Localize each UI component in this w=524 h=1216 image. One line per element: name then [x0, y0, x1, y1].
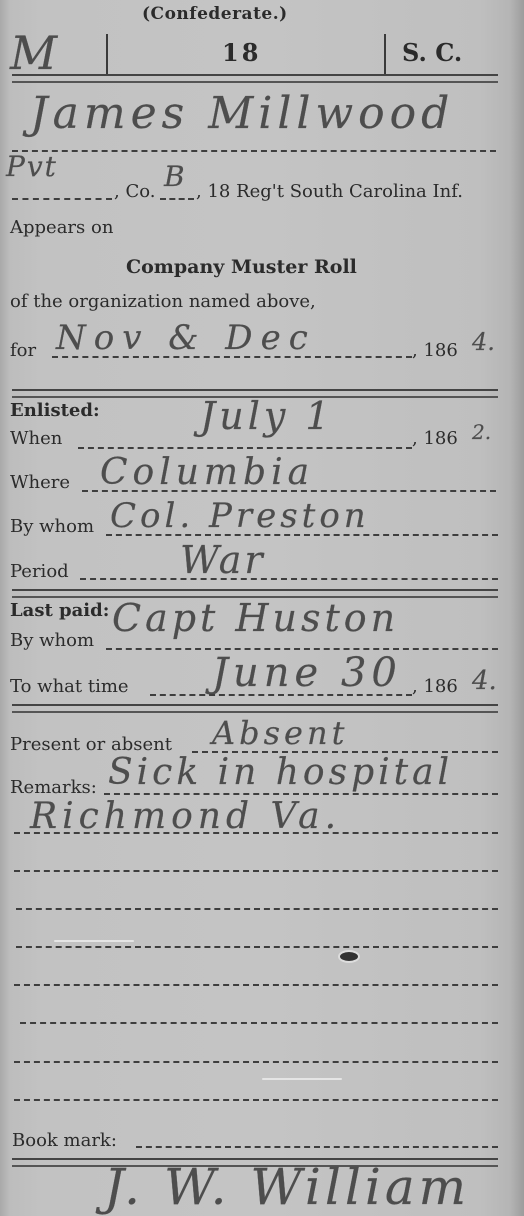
header-divider-left	[106, 34, 108, 74]
period-year-suffix: 4.	[472, 328, 495, 356]
soldier-name: James Millwood	[30, 88, 454, 139]
enlisted-year-prefix: , 186	[412, 428, 458, 449]
blank-line-3	[16, 946, 498, 948]
header-rule	[12, 74, 498, 83]
to-what-time-line	[150, 694, 412, 696]
to-what-time-value: June 30	[212, 650, 402, 696]
period-year-prefix: , 186	[412, 340, 458, 361]
enlisted-by-whom-label: By whom	[10, 516, 94, 537]
state-abbrev: S. C.	[402, 38, 462, 67]
period-for-label: for	[10, 340, 36, 361]
enlisted-when-line	[78, 447, 412, 449]
last-paid-by-whom-value: Capt Huston	[112, 596, 399, 640]
enlisted-year-suffix: 2.	[472, 420, 491, 444]
blank-line-6	[14, 1061, 498, 1063]
regiment-number: 18	[222, 38, 261, 67]
remarks-line-2-rule	[14, 832, 498, 834]
enlisted-when-value: July 1	[200, 394, 334, 438]
ink-blot	[338, 950, 360, 963]
enlisted-where-value: Columbia	[100, 452, 314, 493]
last-paid-year-prefix: , 186	[412, 676, 458, 697]
enlisted-period-value: War	[180, 538, 266, 582]
army-heading: (Confederate.)	[142, 4, 288, 24]
enlisted-where-line	[82, 490, 496, 492]
blank-line-1	[14, 870, 498, 872]
blank-line-4	[14, 984, 498, 986]
period-line	[52, 356, 412, 358]
enlisted-where-label: Where	[10, 472, 70, 493]
unit-text: , 18 Reg't South Carolina Inf.	[196, 181, 463, 202]
company-label: , Co.	[114, 181, 155, 202]
last-paid-heading: Last paid:	[10, 600, 109, 621]
enlisted-when-label: When	[10, 428, 62, 449]
compiled-service-record-card: (Confederate.) M 18 S. C. James Millwood…	[0, 0, 524, 1216]
scratch-mark-2	[262, 1078, 342, 1080]
header-divider-right	[384, 34, 386, 74]
copyist-signature: J. W. William	[104, 1158, 470, 1216]
last-paid-by-whom-label: By whom	[10, 630, 94, 651]
enlisted-period-line	[80, 578, 498, 580]
enlisted-by-whom-value: Col. Preston	[110, 496, 370, 536]
to-what-time-label: To what time	[10, 676, 129, 697]
remarks-line-2: Richmond Va.	[30, 796, 341, 837]
blank-line-5	[20, 1022, 498, 1024]
organization-text: of the organization named above,	[10, 291, 316, 312]
appears-on-label: Appears on	[10, 217, 113, 238]
remarks-line-1-rule	[104, 793, 498, 795]
muster-period-value: Nov & Dec	[56, 318, 316, 358]
remarks-label: Remarks:	[10, 777, 97, 798]
company-letter: B	[164, 160, 187, 193]
last-paid-year-suffix: 4.	[472, 666, 497, 696]
book-mark-line	[136, 1146, 498, 1148]
enlisted-by-whom-line	[106, 534, 498, 536]
enlisted-heading: Enlisted:	[10, 400, 100, 421]
blank-line-2	[16, 908, 498, 910]
soldier-rank: Pvt	[6, 150, 58, 183]
scratch-mark	[54, 940, 134, 942]
book-mark-label: Book mark:	[12, 1130, 117, 1151]
company-line	[160, 198, 194, 200]
enlisted-period-label: Period	[10, 561, 69, 582]
blank-line-7	[14, 1099, 498, 1101]
remarks-line-1: Sick in hospital	[108, 752, 453, 793]
present-or-absent-value: Absent	[212, 714, 348, 752]
initial-handwritten: M	[10, 26, 57, 80]
name-line	[12, 150, 496, 152]
rank-line	[12, 198, 112, 200]
section-rule-3	[12, 704, 498, 713]
roll-title: Company Muster Roll	[126, 256, 357, 278]
